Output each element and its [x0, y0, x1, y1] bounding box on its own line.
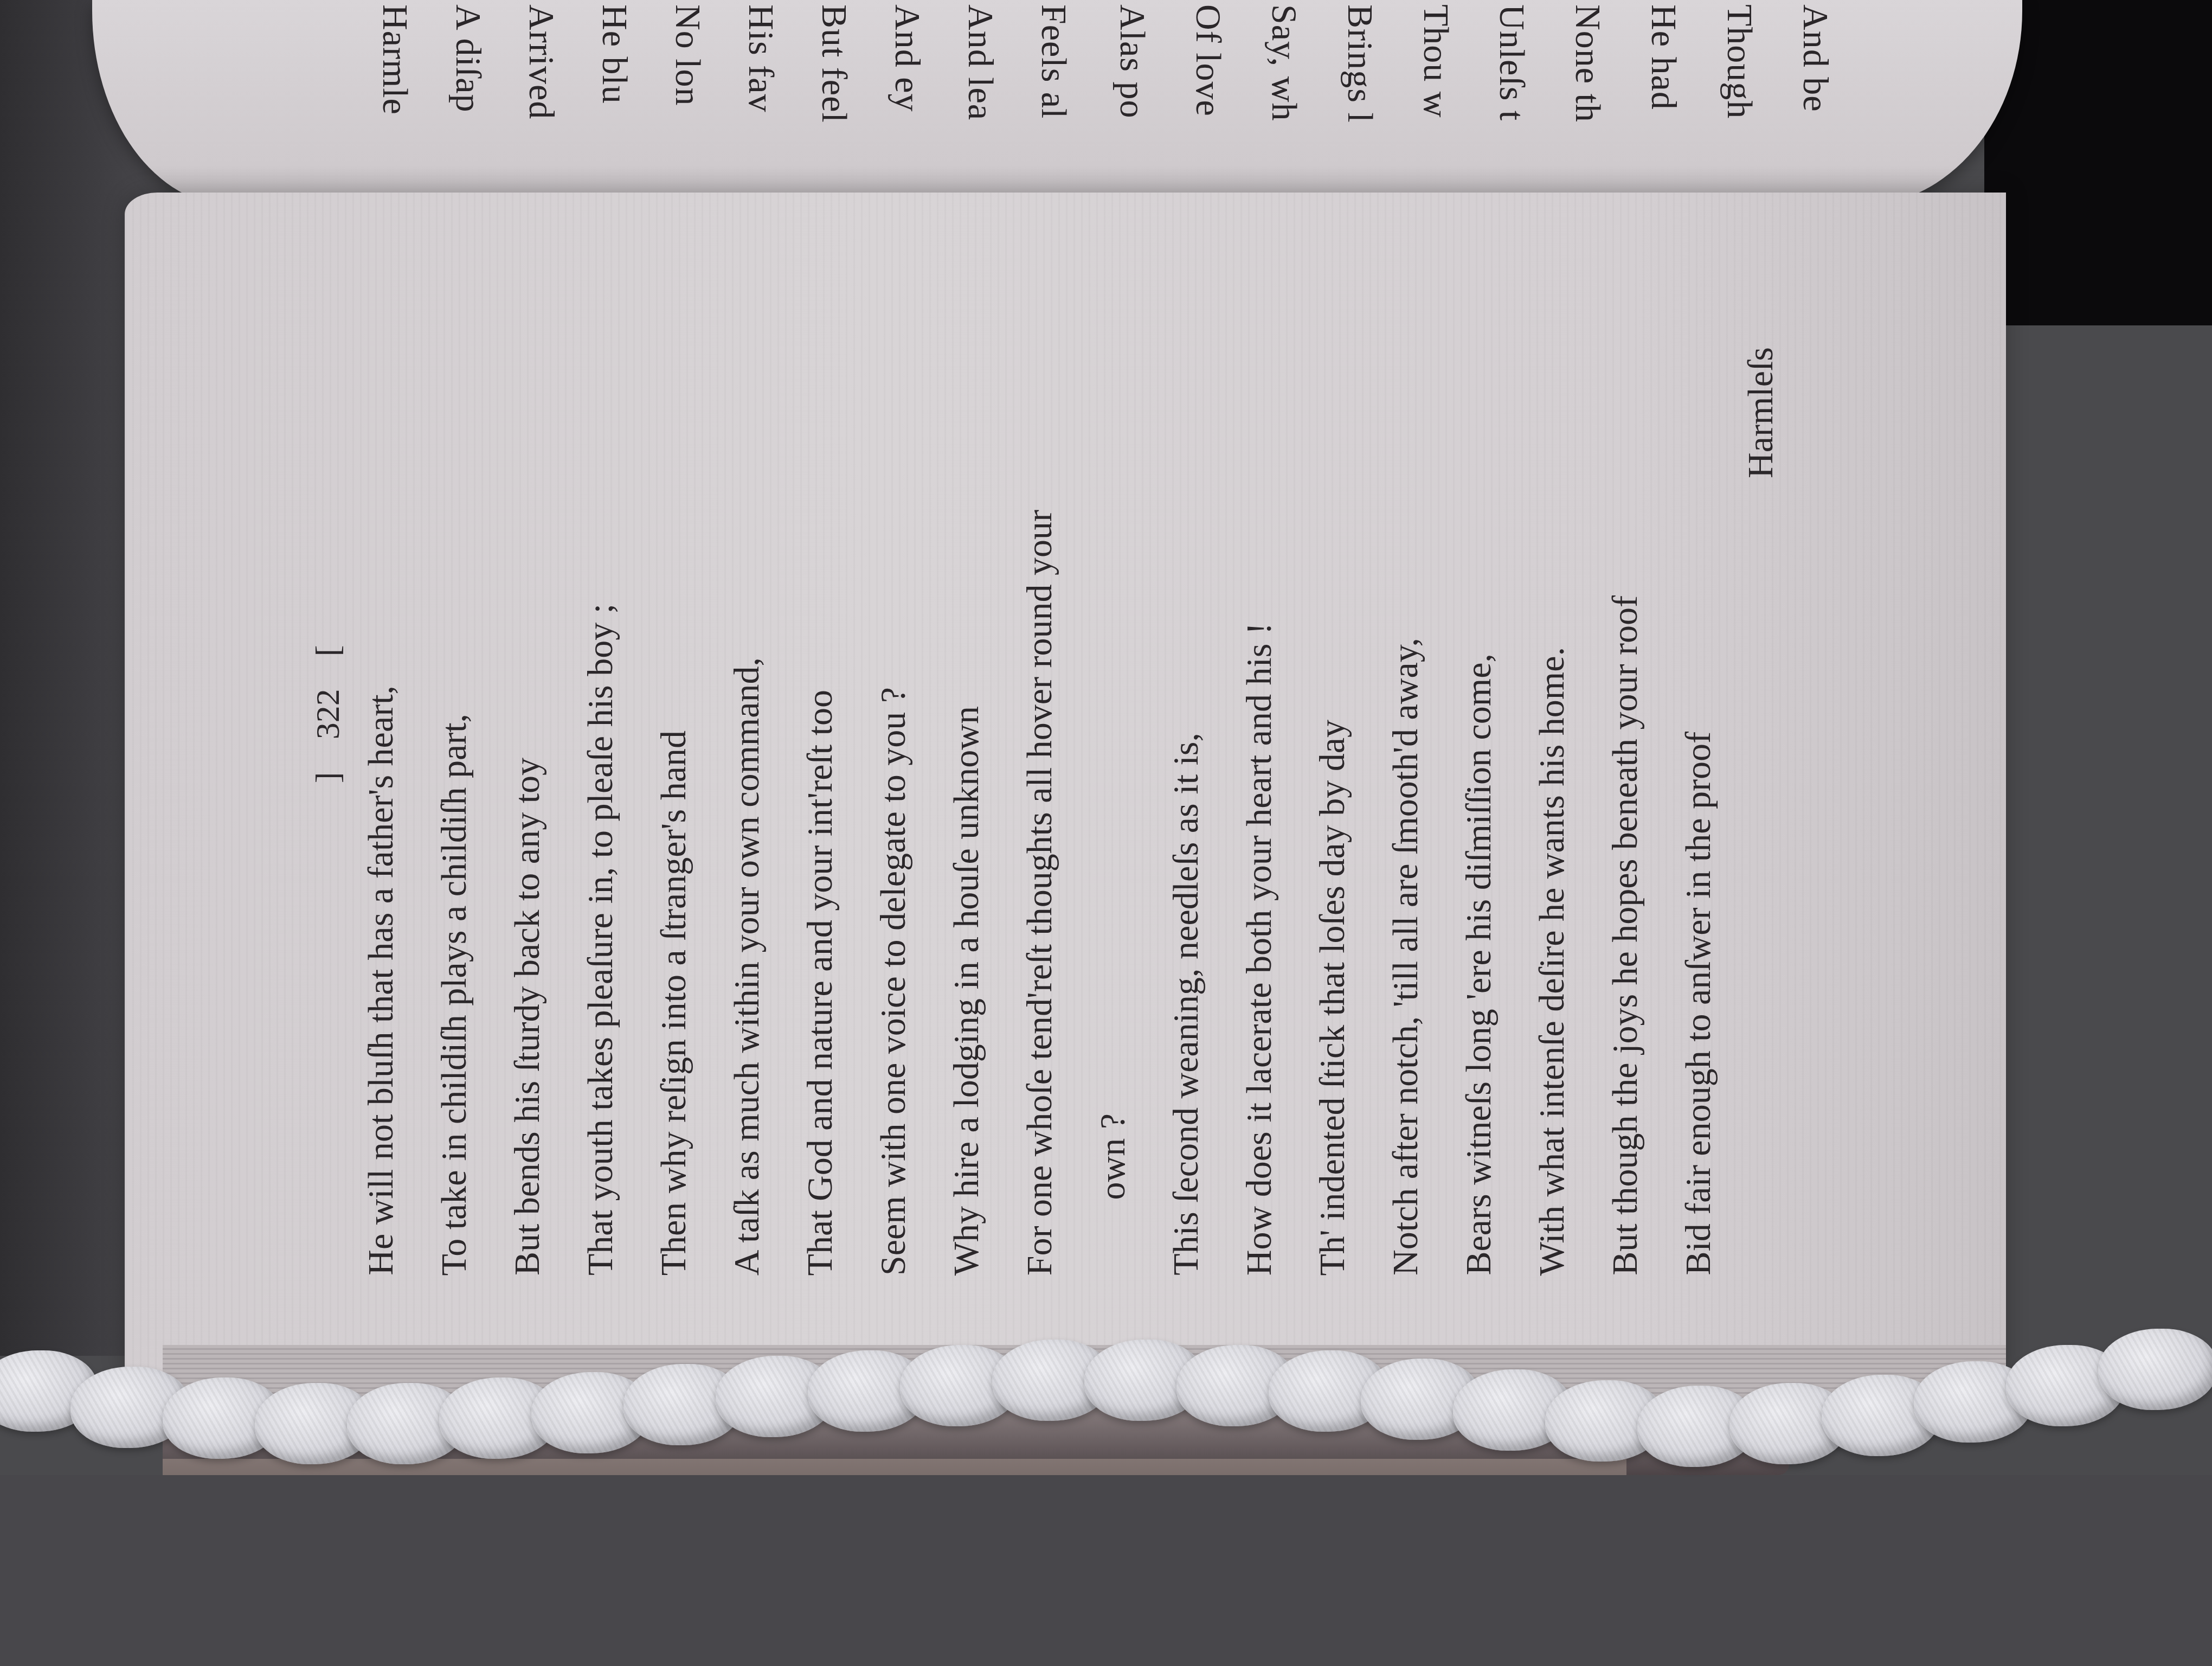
poem-line-continuation: own ? [1092, 1113, 1134, 1200]
poem-line: Seem with one voice to delegate to you ? [873, 687, 914, 1276]
facing-line: A diſap [447, 4, 488, 200]
page-block-edges [163, 1345, 2006, 1399]
facing-line: Feels al [1033, 4, 1074, 200]
poem-line: Notch after notch, 'till all are ſmooth'… [1385, 638, 1426, 1276]
facing-line: He blu [594, 4, 635, 200]
rope-segment [2006, 1345, 2125, 1426]
poem-line: But though the joys he hopes beneath you… [1605, 595, 1646, 1276]
page-number: ] 322 [ [309, 645, 348, 783]
facing-line: And be [1795, 4, 1836, 200]
facing-line: Say, wh [1263, 4, 1304, 200]
poem-line: Bears witneſs long 'ere his diſmiſſion c… [1458, 653, 1500, 1276]
facing-line: He had [1643, 4, 1684, 200]
catchword: Harmleſs [1740, 347, 1782, 478]
poem-line: But bends his ſturdy back to any toy [507, 758, 548, 1276]
poem-line: With what intenſe deſire he wants his ho… [1532, 647, 1573, 1276]
facing-line: Unleſs t [1491, 4, 1532, 200]
facing-line: Harmle [374, 4, 415, 200]
bracket-close: ] [309, 772, 348, 784]
poem-line: Th' indented ſtick that loſes day by day [1312, 720, 1353, 1276]
facing-line: And ey [886, 4, 928, 200]
page-number-value: 322 [309, 689, 348, 740]
poem-line: Bid fair enough to anſwer in the proof [1678, 732, 1719, 1276]
rope-segment [2098, 1329, 2212, 1410]
background-surface [0, 1475, 2212, 1666]
facing-line: None th [1567, 4, 1608, 200]
poem-line: How does it lacerate both your heart and… [1239, 623, 1280, 1276]
facing-line: Thou w [1415, 4, 1456, 200]
poem-line: He will not bluſh that has a father's he… [361, 685, 402, 1276]
facing-line: Of love [1187, 4, 1229, 200]
facing-line: Alas po [1111, 4, 1153, 200]
facing-line: Brings l [1339, 4, 1380, 200]
facing-line: Arrived [520, 4, 562, 200]
rope-segment [0, 1350, 98, 1432]
poem-line: That youth takes pleaſure in, to pleaſe … [580, 604, 621, 1276]
facing-line: No lon [667, 4, 708, 200]
poem-line: A taſk as much within your own command, [726, 657, 768, 1276]
facing-line: His fav [740, 4, 781, 200]
poem-line: For one whoſe tend'reſt thoughts all hov… [1019, 510, 1060, 1276]
poem-line: That God and nature and your int'reſt to… [800, 690, 841, 1276]
bracket-open: [ [309, 645, 348, 657]
facing-line: And lea [960, 4, 1001, 200]
facing-line: But feel [813, 4, 854, 200]
book-page [125, 193, 2006, 1375]
poem-line: Why hire a lodging in a houſe unknown [946, 706, 987, 1276]
poem-line: To take in childiſh plays a childiſh par… [434, 714, 475, 1276]
facing-page: Harmle A diſap Arrived He blu No lon His… [92, 0, 2022, 206]
poem-line: This ſecond weaning, needleſs as it is, [1166, 733, 1207, 1276]
poem-line: Then why reſign into a ſtranger's hand [653, 731, 695, 1276]
facing-line: Though [1719, 4, 1760, 200]
